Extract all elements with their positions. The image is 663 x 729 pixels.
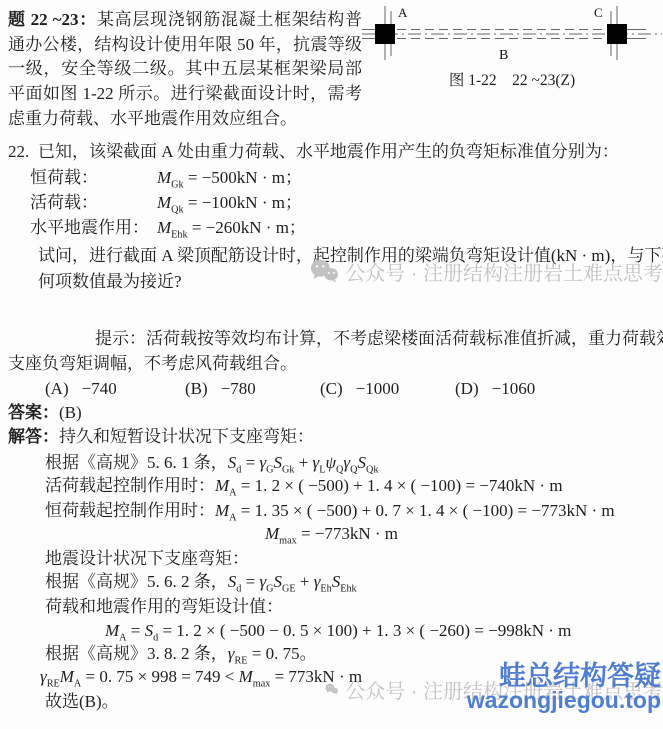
seismic-load-formula: MEhk = −260kN · m； <box>157 218 306 237</box>
solution-m-max: Mmax = −773kN · m <box>0 523 663 545</box>
option-c-label: (C) <box>320 379 343 398</box>
node-a-label: A <box>398 5 408 20</box>
option-b-label: (B) <box>185 379 208 398</box>
option-a-value: −740 <box>82 379 117 398</box>
solution-intro: 持久和短暂设计状况下支座弯矩： <box>59 427 314 446</box>
option-d: (D)−1060 <box>455 378 535 400</box>
solution-live-case: 活荷载起控制作用时：MA = 1. 2 × ( −500) + 1. 4 × (… <box>45 475 563 497</box>
problem-statement: 题 22 ~23：某高层现浇钢筋混凝土框架结构普通办公楼，结构设计使用年限 50… <box>8 8 362 132</box>
answer-label: 答案： <box>8 403 59 422</box>
solution-intro-line: 解答：持久和短暂设计状况下支座弯矩： <box>8 426 314 448</box>
answer-line: 答案：(B) <box>8 402 82 424</box>
problem-label: 题 22 ~23： <box>8 10 97 29</box>
question-number: 22. <box>8 141 38 163</box>
column-a <box>375 24 395 44</box>
wechat-watermark-text: 公众号 · 注册结构注册岩土难点思考 <box>345 257 663 286</box>
load-line-seismic: 水平地震作用：MEhk = −260kN · m； <box>30 217 306 239</box>
beam-plan-drawing: A C B <box>362 2 662 64</box>
option-c-value: −1000 <box>356 379 400 398</box>
beam-plan-figure: A C B <box>362 2 662 64</box>
option-d-label: (D) <box>455 379 479 398</box>
wechat-icon <box>310 258 338 284</box>
load-line-dead: 恒荷载：MGk = −500kN · m； <box>30 167 302 189</box>
option-a: (A)−740 <box>45 378 185 400</box>
wechat-icon <box>325 676 338 702</box>
solution-rule-382: 根据《高规》3. 8. 2 条，γRE = 0. 75。 <box>45 643 317 665</box>
solution-ma-equation: MA = Sd = 1. 2 × ( −500 − 0. 5 × 100) + … <box>105 620 571 642</box>
solution-seismic-heading: 地震设计状况下支座弯矩： <box>45 548 249 570</box>
wechat-watermark-mid: 公众号 · 注册结构注册岩土难点思考 <box>310 256 663 286</box>
hint-line2: 支座负弯矩调幅，不考虑风荷载组合。 <box>8 353 297 375</box>
figure-caption: 图 1-22 22 ~23(Z) <box>362 68 662 90</box>
node-c-label: C <box>594 5 603 20</box>
solution-dead-case: 恒荷载起控制作用时：MA = 1. 35 × ( −500) + 0. 7 × … <box>45 500 615 522</box>
question-lead-line: 22.已知，该梁截面 A 处由重力荷载、水平地震作用产生的负弯矩标准值分别为： <box>8 141 619 163</box>
option-b-value: −780 <box>221 379 256 398</box>
hint-line1: 提示：活荷载按等效均布计算，不考虑梁楼面活荷载标准值折减，重力荷载效应已考虑 <box>8 328 663 350</box>
answer-value: (B) <box>59 403 82 422</box>
solution-label: 解答： <box>8 427 59 446</box>
site-watermark: wazongjiegou.top <box>467 687 661 714</box>
option-c: (C)−1000 <box>320 378 455 400</box>
solution-rule-562: 根据《高规》5. 6. 2 条，Sd = γGSGE + γEhSEhk <box>45 571 357 593</box>
question-ask-line2: 何项数值最为接近? <box>38 271 182 293</box>
node-b-label: B <box>499 48 508 63</box>
option-b: (B)−780 <box>185 378 320 400</box>
option-d-value: −1060 <box>492 379 536 398</box>
solution-rule-561: 根据《高规》5. 6. 1 条，Sd = γGSGk + γLψQγQSQk <box>45 452 378 474</box>
solution-conclusion: 故选(B)。 <box>45 691 119 713</box>
dead-load-formula: MGk = −500kN · m； <box>157 168 302 187</box>
column-c <box>607 24 627 44</box>
load-line-live: 活荷载：MQk = −100kN · m； <box>30 192 302 214</box>
live-load-label: 活荷载： <box>30 192 157 214</box>
solution-check-equation: γREMA = 0. 75 × 998 = 749 < Mmax = 773kN… <box>40 666 362 688</box>
live-load-formula: MQk = −100kN · m； <box>157 193 302 212</box>
options-row: (A)−740(B)−780(C)−1000(D)−1060 <box>8 378 535 400</box>
exam-solution-page: 题 22 ~23：某高层现浇钢筋混凝土框架结构普通办公楼，结构设计使用年限 50… <box>0 0 663 729</box>
question-lead: 已知，该梁截面 A 处由重力荷载、水平地震作用产生的负弯矩标准值分别为： <box>38 142 619 161</box>
solution-design-heading: 荷载和地震作用的弯矩设计值： <box>45 596 283 618</box>
option-a-label: (A) <box>45 379 69 398</box>
seismic-load-label: 水平地震作用： <box>30 217 149 239</box>
dead-load-label: 恒荷载： <box>30 167 157 189</box>
